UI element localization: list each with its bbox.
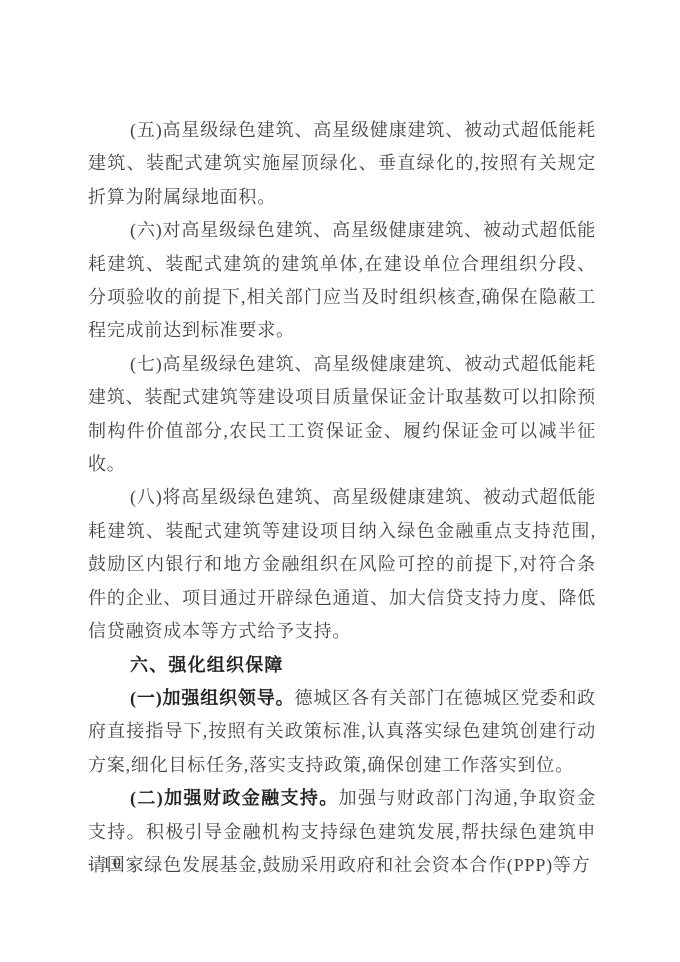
section-heading: 六、强化组织保障	[88, 649, 596, 682]
paragraph-lead: (一)加强组织领导。	[130, 688, 294, 708]
page-number: - 10 -	[88, 855, 138, 873]
paragraph-item-7: (七)高星级绿色建筑、高星级健康建筑、被动式超低能耗建筑、装配式建筑等建设项目质…	[88, 348, 596, 482]
paragraph-item-5: (五)高星级绿色建筑、高星级健康建筑、被动式超低能耗建筑、装配式建筑实施屋顶绿化…	[88, 114, 596, 214]
paragraph-item-6: (六)对高星级绿色建筑、高星级健康建筑、被动式超低能耗建筑、装配式建筑的建筑单体…	[88, 214, 596, 348]
paragraph-fiscal-support: (二)加强财政金融支持。加强与财政部门沟通,争取资金支持。积极引导金融机构支持绿…	[88, 782, 596, 882]
paragraph-lead: (二)加强财政金融支持。	[130, 788, 339, 808]
document-page: (五)高星级绿色建筑、高星级健康建筑、被动式超低能耗建筑、装配式建筑实施屋顶绿化…	[0, 0, 680, 962]
paragraph-org-leadership: (一)加强组织领导。德城区各有关部门在德城区党委和政府直接指导下,按照有关政策标…	[88, 682, 596, 782]
document-body: (五)高星级绿色建筑、高星级健康建筑、被动式超低能耗建筑、装配式建筑实施屋顶绿化…	[88, 114, 596, 882]
paragraph-item-8: (八)将高星级绿色建筑、高星级健康建筑、被动式超低能耗建筑、装配式建筑等建设项目…	[88, 481, 596, 648]
